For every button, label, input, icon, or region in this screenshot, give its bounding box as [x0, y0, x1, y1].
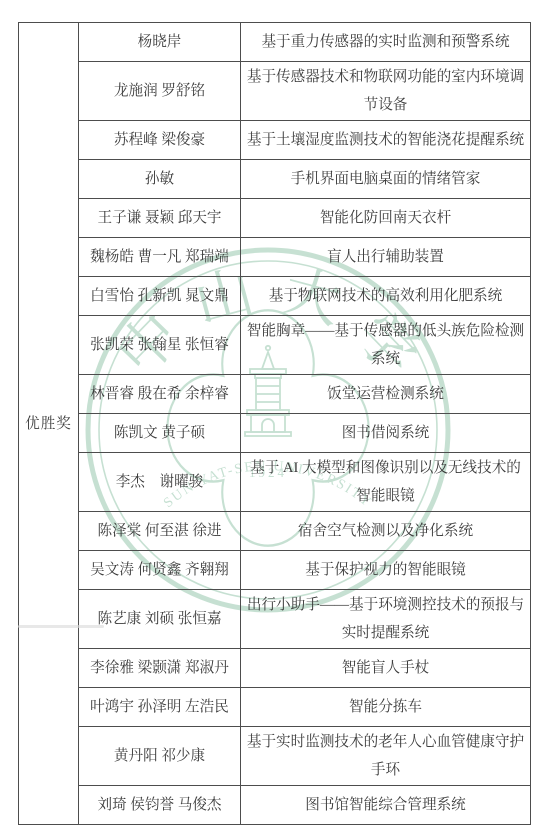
team-members-cell: 魏杨皓 曹一凡 郑瑞端 [79, 238, 241, 277]
table-row: 陈凯文 黄子硕图书借阅系统 [19, 414, 531, 453]
table-row: 刘琦 侯钧誉 马俊杰图书馆智能综合管理系统 [19, 786, 531, 825]
team-members-cell: 李杰 谢曜骏 [79, 453, 241, 512]
project-title-cell: 基于重力传感器的实时监测和预警系统 [241, 23, 531, 62]
team-members-cell: 龙施润 罗舒铭 [79, 62, 241, 121]
project-title-cell: 基于土壤湿度监测技术的智能浇花提醒系统 [241, 121, 531, 160]
project-title-cell: 基于 AI 大模型和图像识别以及无线技术的智能眼镜 [241, 453, 531, 512]
team-members-cell: 叶鸿宇 孙泽明 左浩民 [79, 688, 241, 727]
project-title-cell: 图书馆智能综合管理系统 [241, 786, 531, 825]
table-row: 龙施润 罗舒铭基于传感器技术和物联网功能的室内环境调节设备 [19, 62, 531, 121]
project-title-cell: 基于物联网技术的高效利用化肥系统 [241, 277, 531, 316]
project-title-cell: 基于实时监测技术的老年人心血管健康守护手环 [241, 727, 531, 786]
table-row: 陈泽棠 何至湛 徐进宿舍空气检测以及净化系统 [19, 512, 531, 551]
table-row: 魏杨皓 曹一凡 郑瑞端盲人出行辅助装置 [19, 238, 531, 277]
award-table: 优胜奖杨晓岸基于重力传感器的实时监测和预警系统龙施润 罗舒铭基于传感器技术和物联… [18, 22, 531, 825]
project-title-cell: 智能盲人手杖 [241, 649, 531, 688]
table-row: 李杰 谢曜骏基于 AI 大模型和图像识别以及无线技术的智能眼镜 [19, 453, 531, 512]
team-members-cell: 陈泽棠 何至湛 徐进 [79, 512, 241, 551]
table-row: 王子谦 聂颖 邱天宇智能化防回南天衣杆 [19, 199, 531, 238]
project-title-cell: 出行小助手——基于环境测控技术的预报与实时提醒系统 [241, 590, 531, 649]
team-members-cell: 刘琦 侯钧誉 马俊杰 [79, 786, 241, 825]
team-members-cell: 杨晓岸 [79, 23, 241, 62]
project-title-cell: 宿舍空气检测以及净化系统 [241, 512, 531, 551]
table-row: 优胜奖杨晓岸基于重力传感器的实时监测和预警系统 [19, 23, 531, 62]
team-members-cell: 林晋睿 殷在希 余梓睿 [79, 375, 241, 414]
team-members-cell: 陈凯文 黄子硕 [79, 414, 241, 453]
project-title-cell: 基于传感器技术和物联网功能的室内环境调节设备 [241, 62, 531, 121]
project-title-cell: 基于保护视力的智能眼镜 [241, 551, 531, 590]
table-row: 孙敏手机界面电脑桌面的情绪管家 [19, 160, 531, 199]
team-members-cell: 黄丹阳 祁少康 [79, 727, 241, 786]
project-title-cell: 智能分拣车 [241, 688, 531, 727]
table-row: 白雪怡 孔新凯 晁文鼎基于物联网技术的高效利用化肥系统 [19, 277, 531, 316]
team-members-cell: 张凯荣 张翰星 张恒睿 [79, 316, 241, 375]
team-members-cell: 吴文涛 何贤鑫 齐翱翔 [79, 551, 241, 590]
team-members-cell: 孙敏 [79, 160, 241, 199]
table-row: 苏程峰 梁俊豪基于土壤湿度监测技术的智能浇花提醒系统 [19, 121, 531, 160]
table-row: 黄丹阳 祁少康基于实时监测技术的老年人心血管健康守护手环 [19, 727, 531, 786]
team-members-cell: 陈艺康 刘硕 张恒嘉 [79, 590, 241, 649]
table-row: 叶鸿宇 孙泽明 左浩民智能分拣车 [19, 688, 531, 727]
project-title-cell: 手机界面电脑桌面的情绪管家 [241, 160, 531, 199]
table-row: 陈艺康 刘硕 张恒嘉出行小助手——基于环境测控技术的预报与实时提醒系统 [19, 590, 531, 649]
project-title-cell: 智能胸章——基于传感器的低头族危险检测系统 [241, 316, 531, 375]
team-members-cell: 苏程峰 梁俊豪 [79, 121, 241, 160]
table-row: 李徐雅 梁颢潇 郑淑丹智能盲人手杖 [19, 649, 531, 688]
team-members-cell: 白雪怡 孔新凯 晁文鼎 [79, 277, 241, 316]
document-page: 1924 中 山 大 学 SUN YAT-SEN UNIVERSITY 优胜奖杨… [0, 0, 551, 834]
award-name-cell: 优胜奖 [19, 23, 79, 825]
team-members-cell: 李徐雅 梁颢潇 郑淑丹 [79, 649, 241, 688]
project-title-cell: 图书借阅系统 [241, 414, 531, 453]
scan-artifact [18, 625, 104, 628]
project-title-cell: 盲人出行辅助装置 [241, 238, 531, 277]
team-members-cell: 王子谦 聂颖 邱天宇 [79, 199, 241, 238]
award-table-body: 优胜奖杨晓岸基于重力传感器的实时监测和预警系统龙施润 罗舒铭基于传感器技术和物联… [19, 23, 531, 825]
table-row: 吴文涛 何贤鑫 齐翱翔基于保护视力的智能眼镜 [19, 551, 531, 590]
table-row: 张凯荣 张翰星 张恒睿智能胸章——基于传感器的低头族危险检测系统 [19, 316, 531, 375]
project-title-cell: 智能化防回南天衣杆 [241, 199, 531, 238]
table-row: 林晋睿 殷在希 余梓睿饭堂运营检测系统 [19, 375, 531, 414]
project-title-cell: 饭堂运营检测系统 [241, 375, 531, 414]
